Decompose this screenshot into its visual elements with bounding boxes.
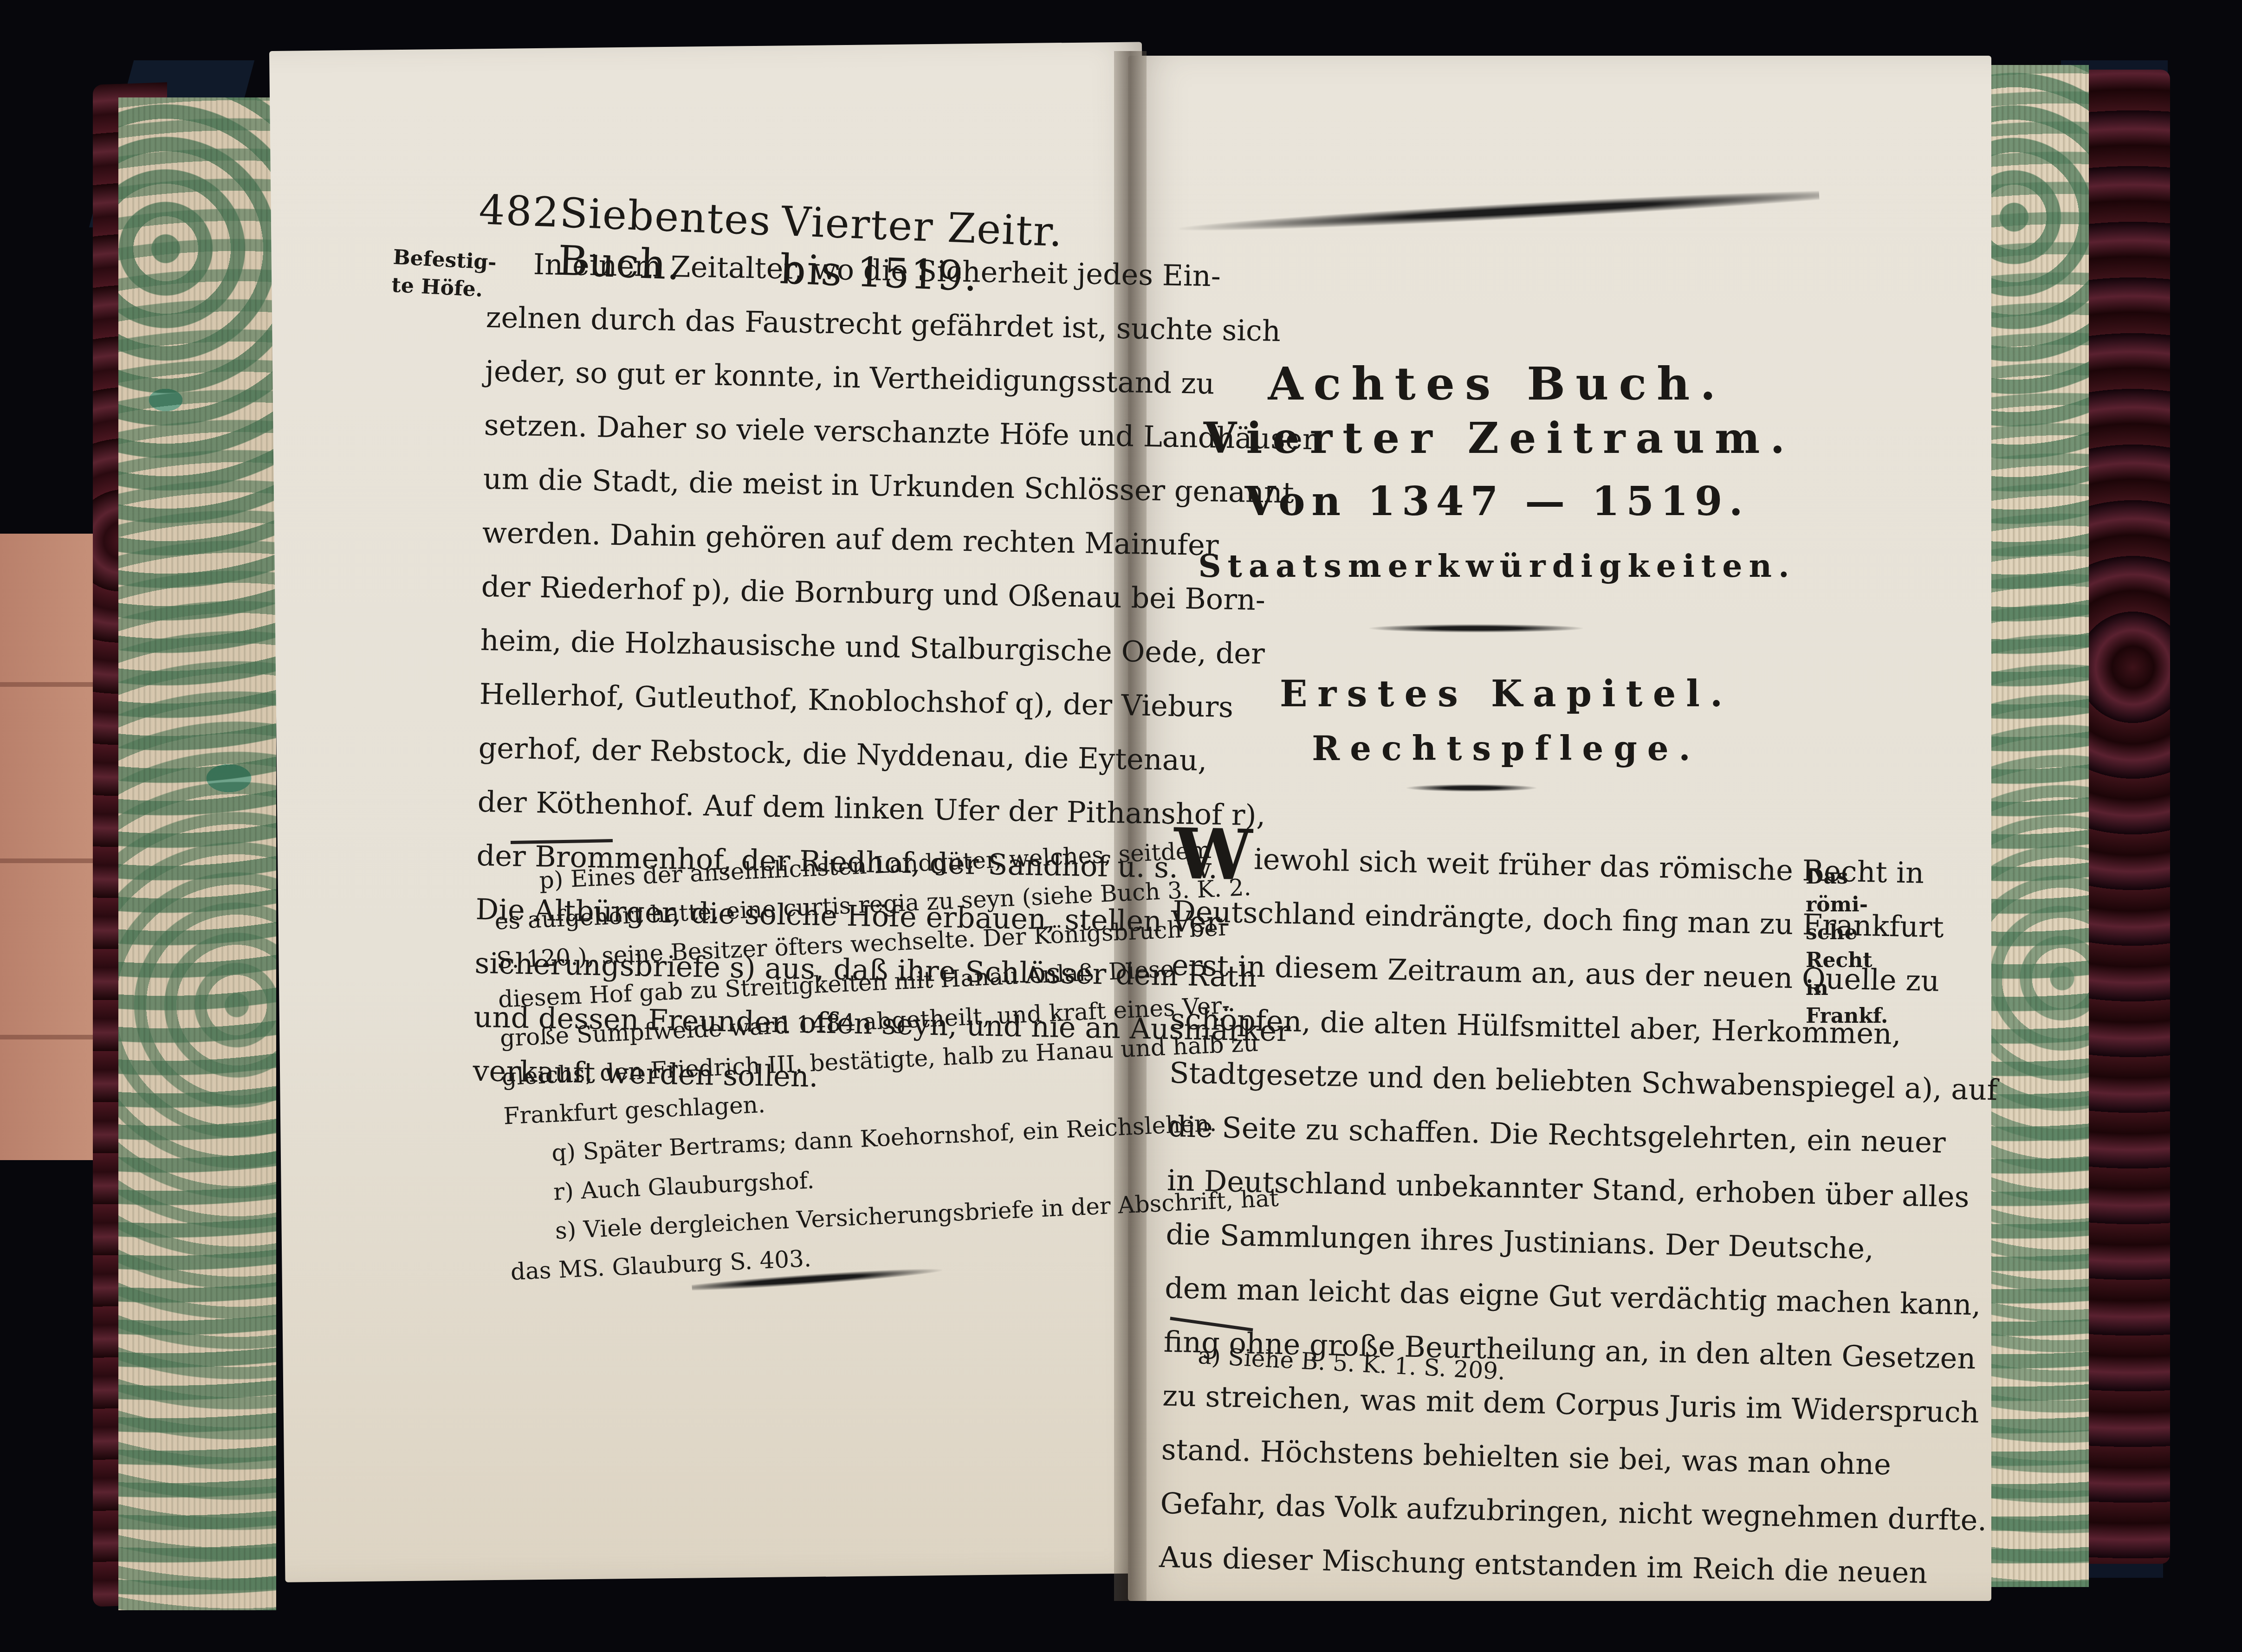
margin-note-line: sche Recht <box>1806 919 1889 974</box>
text-line: heim, die Holzhausische und Stalburgisch… <box>480 613 1084 678</box>
text-line: jeder, so gut er konnte, in Vertheidigun… <box>485 344 1089 409</box>
text-line: In einem Zeitalter, wo die Sicherheit je… <box>486 237 1091 301</box>
page-edge-left <box>118 97 276 1610</box>
text-line: setzen. Daher so viele verschanzte Höfe … <box>484 398 1088 463</box>
margin-note-line: Das römi- <box>1806 863 1889 919</box>
text-line: der Riederhof p), die Bornburg und Oßena… <box>481 560 1085 624</box>
text-line: gerhof, der Rebstock, die Nyddenau, die … <box>478 721 1082 786</box>
section-rule <box>1369 624 1583 632</box>
left-footnotes: p) Eines der ansehnlichsten Landgüter, w… <box>492 835 1128 1291</box>
margin-note-line: te Höfe. <box>391 271 485 304</box>
book-heading: Achtes Buch. <box>1207 357 1787 411</box>
text-line: Hellerhof, Gutleuthof, Knoblochshof q), … <box>479 667 1083 732</box>
chapter-heading: Erstes Kapitel. <box>1216 673 1796 715</box>
right-body-text: W iewohl sich weit früher das römische R… <box>1159 831 1778 1597</box>
margin-note-right: Das römi- sche Recht in Frankf. <box>1806 863 1889 1030</box>
page-edge-right <box>1982 65 2089 1587</box>
chapter-title: Rechtspflege. <box>1216 729 1796 768</box>
marbled-cover-right <box>2077 70 2170 1564</box>
period-heading: Vierter Zeitraum. <box>1198 413 1801 463</box>
margin-note-line: Befestig- <box>392 244 486 276</box>
margin-note-left: Befestig- te Höfe. <box>391 244 486 304</box>
drop-cap: W <box>1173 831 1253 886</box>
text-line: werden. Dahin gehören auf dem rechten Ma… <box>482 506 1086 570</box>
topic-heading: Staatsmerkwürdigkeiten. <box>1188 548 1806 585</box>
years-heading: Von 1347 — 1519. <box>1207 478 1787 525</box>
margin-note-line: in Frankf. <box>1806 974 1889 1030</box>
text-line: um die Stadt, die meist in Urkunden Schl… <box>483 452 1087 516</box>
text-line: der Köthenhof. Auf dem linken Ufer der P… <box>477 775 1082 839</box>
chapter-ornament <box>1406 784 1536 792</box>
text-line: zelnen durch das Faustrecht gefährdet is… <box>486 290 1090 355</box>
